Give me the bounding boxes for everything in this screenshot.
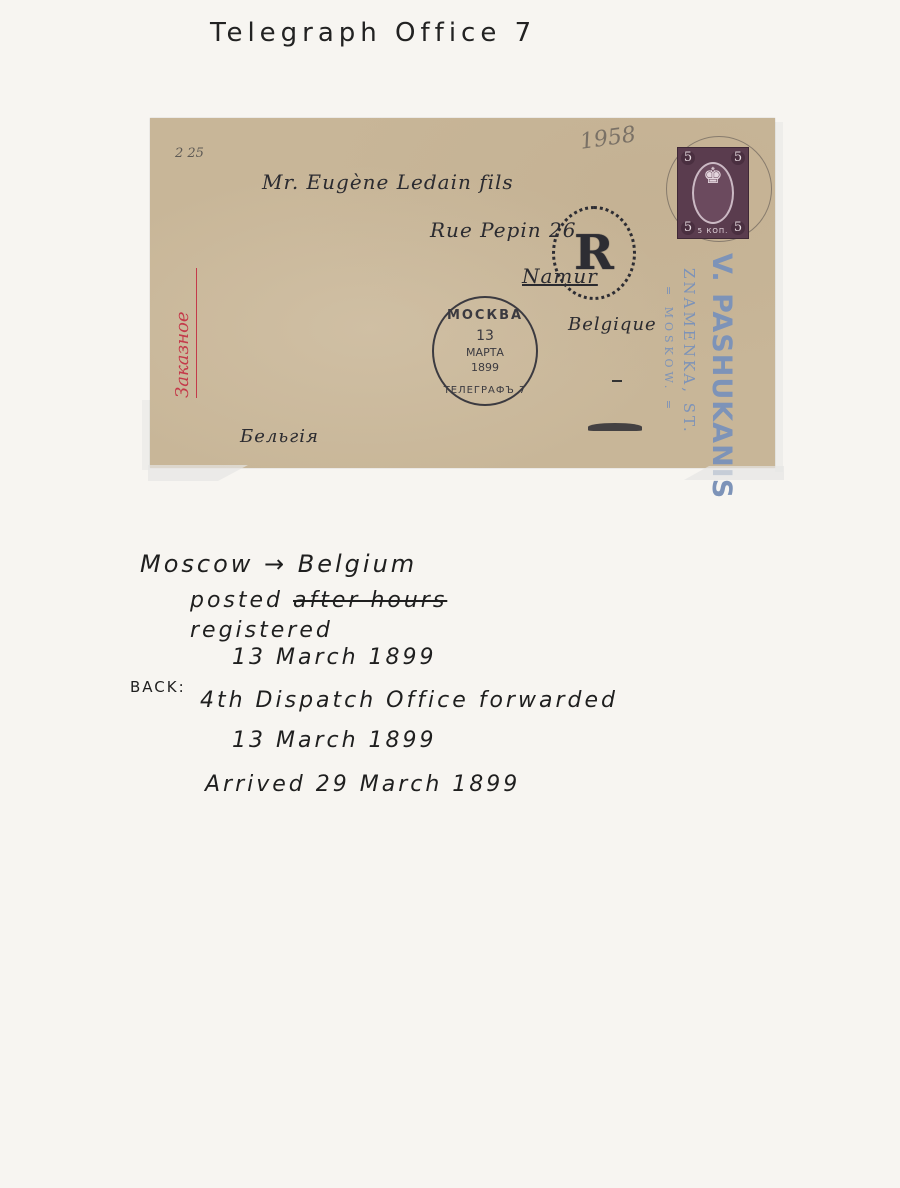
imprinted-stamp: ♚ 5 5 5 5 5 КОП. [677, 147, 749, 239]
note-back-label: BACK: [130, 678, 186, 696]
ink-dash [612, 380, 622, 382]
double-eagle-icon: ♚ [678, 164, 748, 189]
pencil-number: 1958 [579, 122, 638, 155]
moscow-postmark: МОСКВА 13 МАРТА 1899 ТЕЛЕГРАФЪ 7 [432, 296, 538, 406]
posted-label: posted [190, 588, 283, 613]
note-date-forwarded: 13 March 1899 [232, 728, 437, 753]
note-registered: registered [190, 618, 333, 643]
postmark-city: МОСКВА [434, 308, 536, 323]
note-posted: posted after hours [190, 588, 447, 613]
note-forwarded: 4th Dispatch Office forwarded [200, 688, 618, 713]
album-mount-left [142, 400, 150, 470]
note-date-posted: 13 March 1899 [232, 645, 437, 670]
posted-struck-text: after hours [293, 588, 447, 613]
registration-mark: R [552, 206, 636, 300]
ink-smudge [588, 423, 642, 431]
album-mount-bottom-left [148, 465, 248, 481]
stamp-denomination: 5 [681, 151, 695, 165]
album-mount-bottom-right [684, 466, 784, 480]
sender-city: = MOSKOW. = [662, 286, 675, 413]
sender-street: ZNAMENKA, ST. [680, 268, 698, 435]
postmark-day: 13 [434, 328, 536, 344]
album-mount-right [775, 122, 783, 472]
page-title: Telegraph Office 7 [210, 18, 536, 48]
registered-annotation: Заказное [172, 268, 197, 398]
postmark-year: 1899 [434, 361, 536, 374]
registration-letter: R [574, 225, 614, 281]
postal-envelope: 2 25 1958 Mr. Eugène Ledain fils Rue Pep… [150, 118, 775, 468]
note-arrived: Arrived 29 March 1899 [205, 772, 520, 797]
postmark-month: МАРТА [434, 346, 536, 359]
cyrillic-destination: Бельгія [240, 426, 319, 447]
pencil-mark: 2 25 [175, 146, 204, 161]
postmark-office: ТЕЛЕГРАФЪ 7 [434, 385, 536, 396]
address-name: Mr. Eugène Ledain fils [262, 170, 514, 194]
sender-name: V. PASHUKANIS [706, 253, 737, 499]
note-route: Moscow → Belgium [140, 550, 417, 578]
stamp-denomination: 5 [731, 151, 745, 165]
address-country: Belgique [568, 314, 657, 335]
stamp-value-text: 5 КОП. [678, 227, 748, 235]
